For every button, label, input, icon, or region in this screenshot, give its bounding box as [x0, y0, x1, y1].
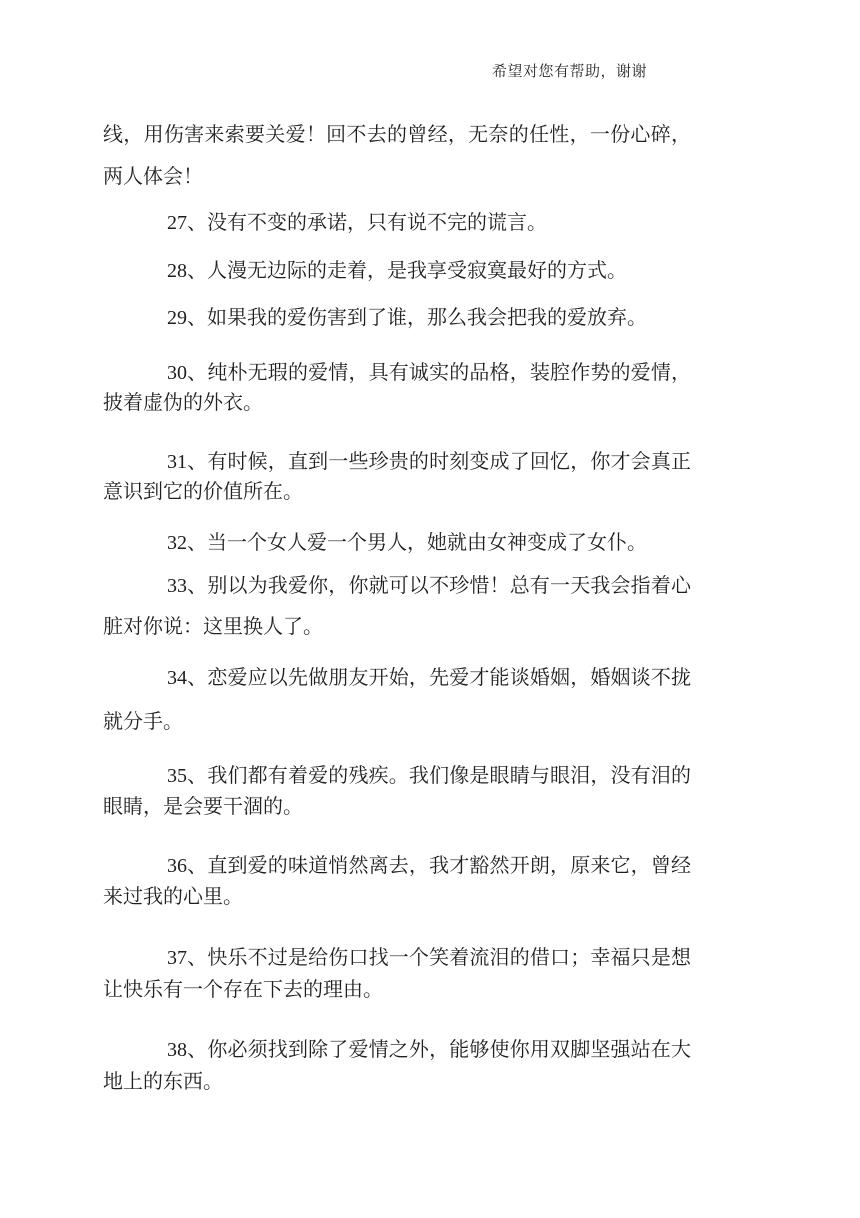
paragraph-continuation: 线，用伤害来索要关爱！回不去的曾经，无奈的任性，一份心碎，两人体会！ — [103, 114, 691, 198]
list-item-31: 31、有时候，直到一些珍贵的时刻变成了回忆，你才会真正意识到它的价值所在。 — [103, 447, 691, 507]
list-item-33: 33、别以为我爱你，你就可以不珍惜！总有一天我会指着心脏对你说：这里换人了。 — [103, 566, 691, 648]
list-item-34: 34、恋爱应以先做朋友开始，先爱才能谈婚姻，婚姻谈不拢就分手。 — [103, 656, 691, 744]
list-item-27: 27、没有不变的承诺，只有说不完的谎言。 — [103, 202, 691, 244]
list-item-35: 35、我们都有着爱的残疾。我们像是眼睛与眼泪，没有泪的眼睛，是会要干涸的。 — [103, 761, 691, 823]
list-item-36: 36、直到爱的味道悄然离去，我才豁然开朗，原来它，曾经来过我的心里。 — [103, 851, 691, 913]
document-page: 希望对您有帮助，谢谢 线，用伤害来索要关爱！回不去的曾经，无奈的任性，一份心碎，… — [0, 0, 860, 1218]
document-body: 线，用伤害来索要关爱！回不去的曾经，无奈的任性，一份心碎，两人体会！ 27、没有… — [103, 0, 691, 1098]
list-item-32: 32、当一个女人爱一个男人，她就由女神变成了女仆。 — [103, 522, 691, 564]
list-item-38: 38、你必须找到除了爱情之外，能够使你用双脚坚强站在大地上的东西。 — [103, 1034, 691, 1098]
list-item-29: 29、如果我的爱伤害到了谁，那么我会把我的爱放弃。 — [103, 297, 691, 339]
list-item-30: 30、纯朴无瑕的爱情，具有诚实的品格，装腔作势的爱情，披着虚伪的外衣。 — [103, 358, 691, 418]
list-item-37: 37、快乐不过是给伤口找一个笑着流泪的借口；幸福只是想让快乐有一个存在下去的理由… — [103, 942, 691, 1006]
list-item-28: 28、人漫无边际的走着，是我享受寂寞最好的方式。 — [103, 250, 691, 292]
